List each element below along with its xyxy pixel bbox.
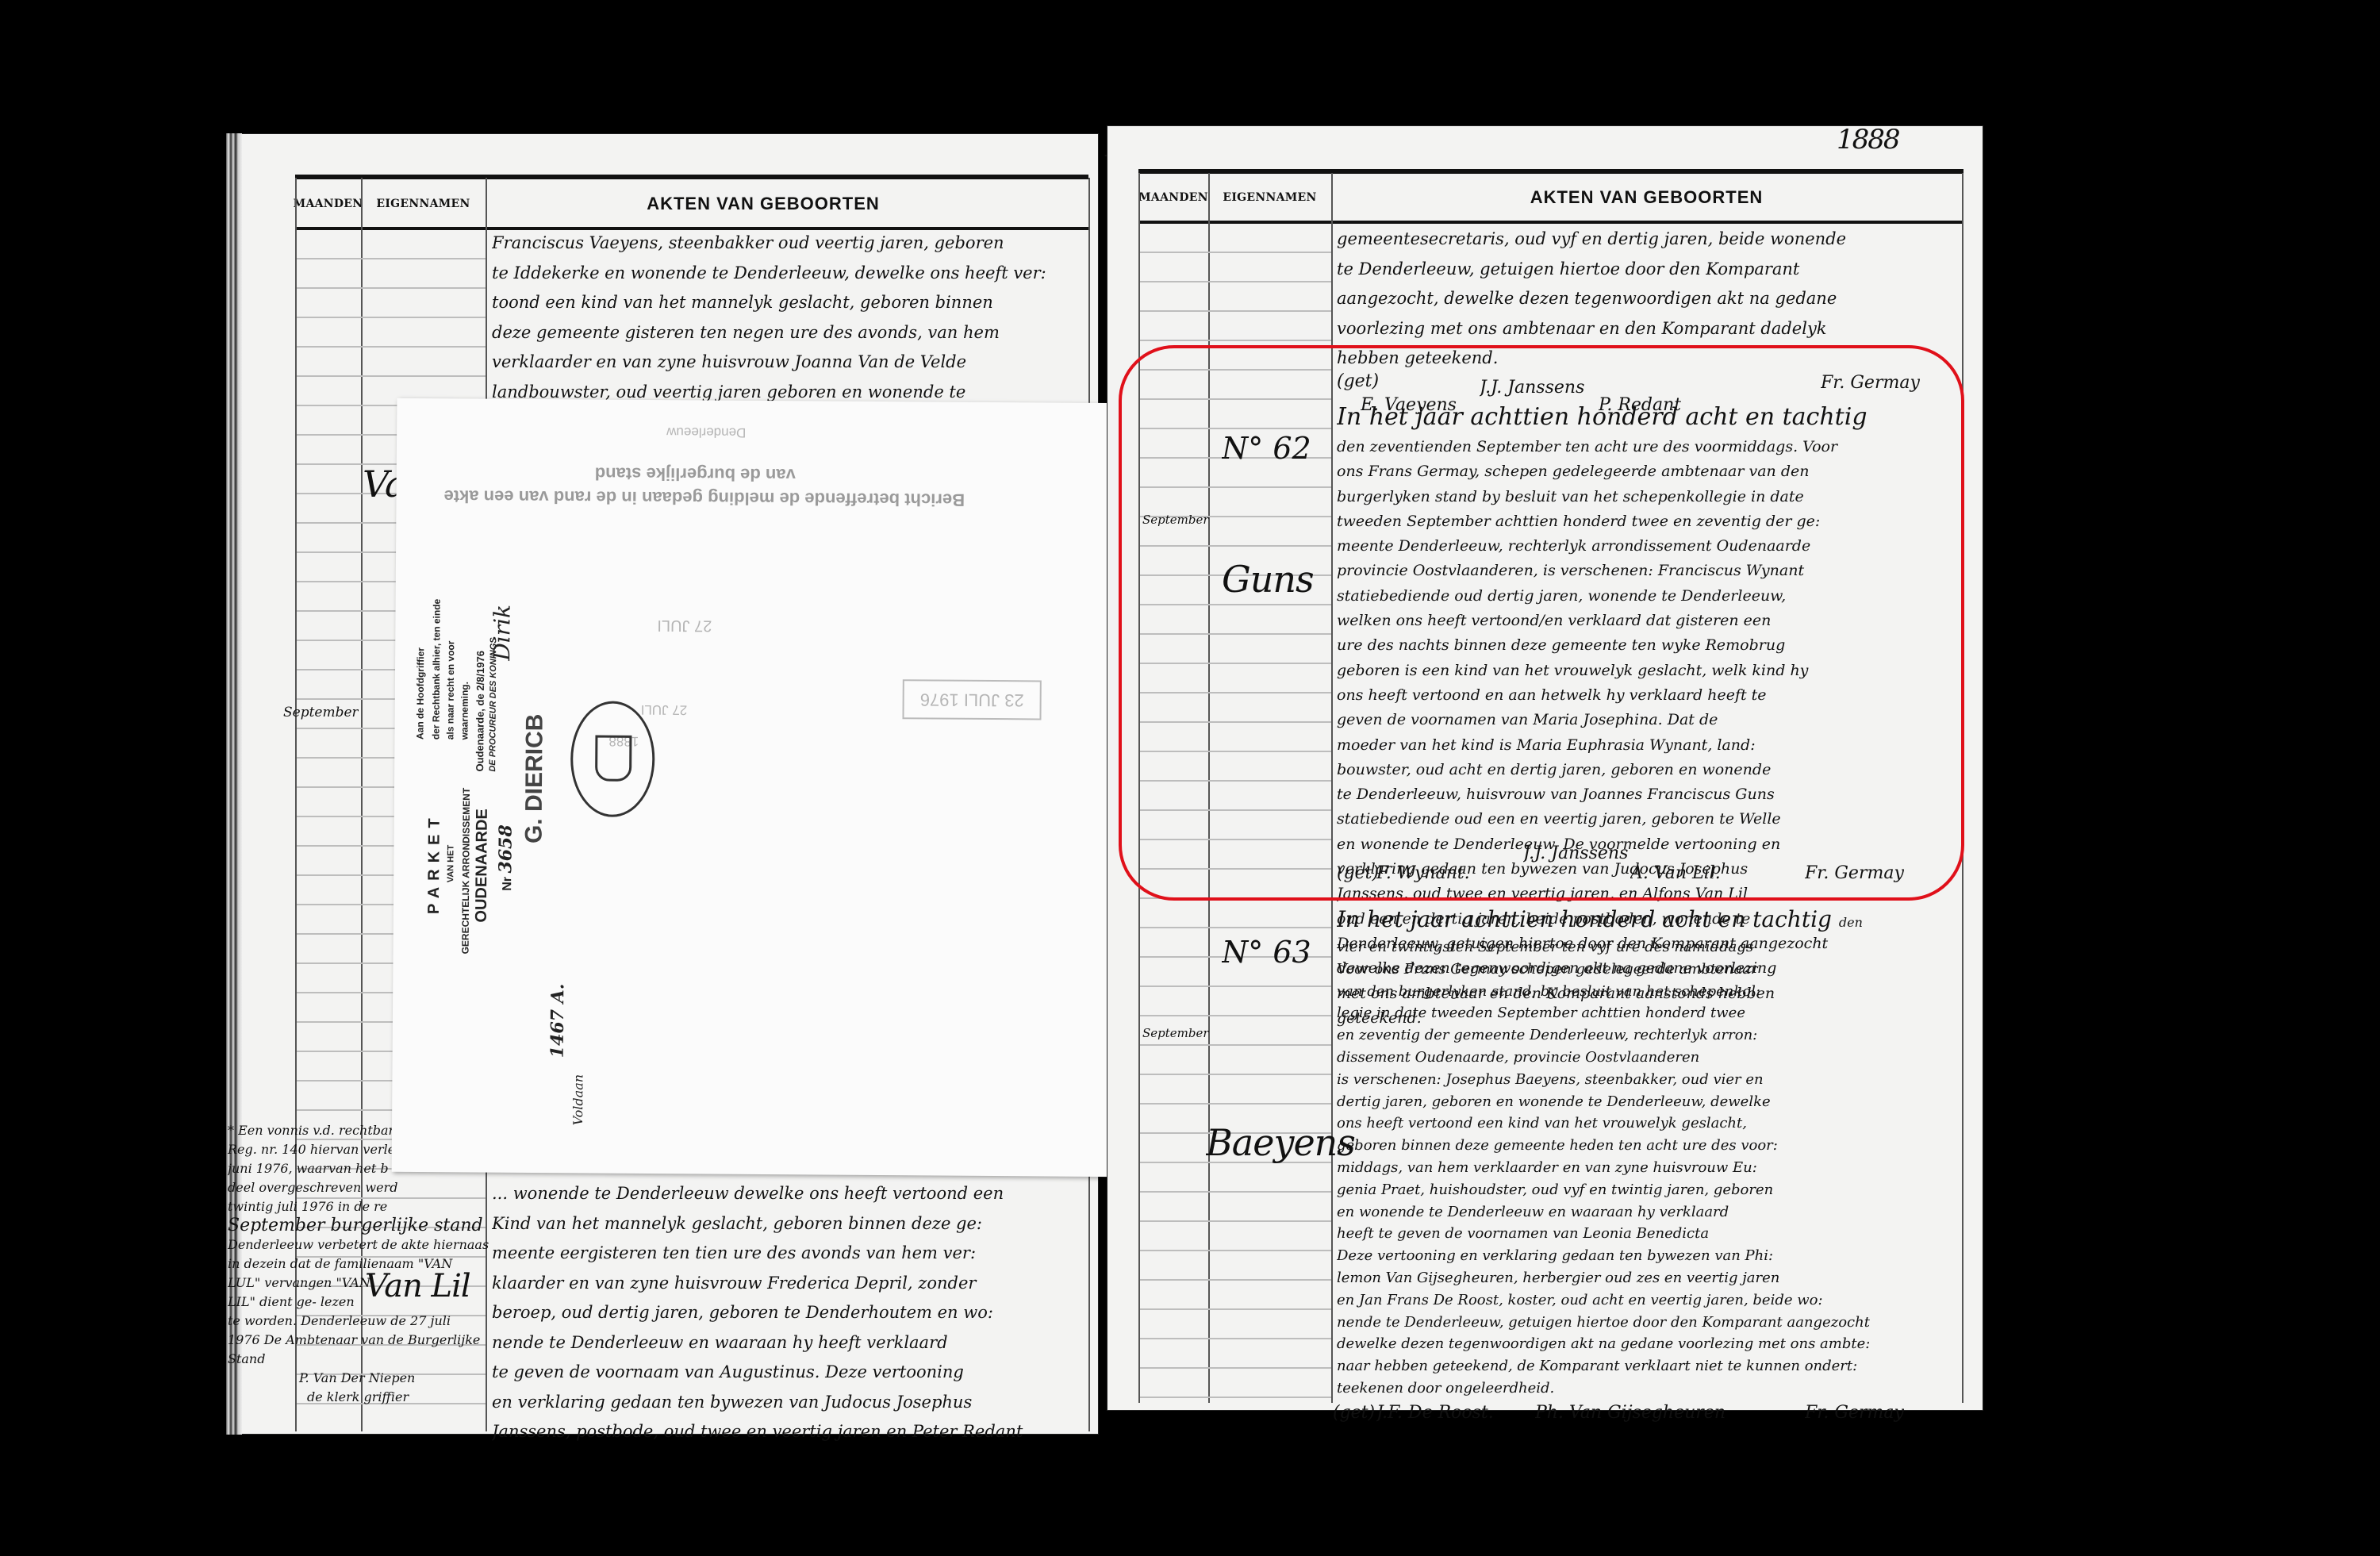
mirrored-subtitle: van de burgerlijke stand: [595, 463, 796, 486]
attached-notice-paper: Bericht betreffende de melding gedaan in…: [392, 398, 1134, 1177]
header-records: AKTEN VAN GEBOORTEN: [1331, 176, 1962, 219]
mirrored-municipality: Denderleeuw: [666, 424, 746, 440]
sig-van-gijsegheuren: Ph. Van Gijsegheuren: [1535, 1403, 1725, 1423]
record-text-van-lil: ... wonende te Denderleeuw dewelke ons h…: [492, 1179, 1087, 1447]
year-mark: 1888: [1837, 124, 1899, 156]
parket-line4: OUDENAARDE: [473, 809, 492, 923]
highlight-box-record-62: [1119, 345, 1964, 901]
header-proper-names: EIGENNAMEN: [1208, 176, 1331, 219]
handwritten-paid-note: Voldaan: [570, 1074, 585, 1126]
header-top-rule: [295, 175, 1088, 179]
sig-get: (get): [1333, 1403, 1375, 1423]
place-date: Oudenaarde, de 2/8/1976: [474, 651, 486, 772]
record-heading-63: In het jaar achttien honderd acht en tac…: [1337, 906, 1863, 932]
header-proper-names: EIGENNAMEN: [361, 182, 486, 225]
mirrored-title: Bericht betreffende de melding gedaan in…: [443, 486, 965, 510]
mirrored-date: 27 JULI: [657, 616, 712, 634]
parket-line2: VAN HET: [446, 845, 455, 883]
official-seal-icon: [570, 701, 655, 817]
parket-line1: PARKET: [425, 812, 444, 914]
mirrored-date-stamp: 23 JULI 1976: [903, 679, 1042, 720]
header-records: AKTEN VAN GEBOORTEN: [486, 182, 1041, 225]
month-label: September: [283, 705, 359, 720]
act-number-63: N° 63: [1222, 935, 1311, 970]
header-months: MAANDEN: [295, 182, 361, 225]
prosecutor-signature: Dirik: [489, 605, 515, 661]
addressee-line1: Aan de Hoofdgriffier: [414, 647, 426, 740]
name-stamp: G. DIERICB: [521, 714, 549, 844]
month-label: September: [1142, 1026, 1209, 1040]
addressee-line4: waarneming.: [459, 682, 470, 740]
sig-germay: Fr. Germay: [1805, 1403, 1904, 1423]
surname-baeyens: Baeyens: [1206, 1121, 1355, 1164]
reference-number: 1467 A.: [547, 983, 569, 1058]
header-months: MAANDEN: [1138, 176, 1208, 219]
sig-de-roost: J.F. De Roost.: [1376, 1403, 1494, 1423]
addressee-line3: als naar recht en voor: [444, 640, 456, 740]
record-text-63: vier en twintigsten September ten vyf ur…: [1337, 936, 1960, 1400]
header-top-rule: [1138, 169, 1963, 174]
parket-number: Nr 3658: [495, 824, 516, 891]
surname-van-lil: Van Lil: [365, 1268, 470, 1304]
addressee-line2: der Rechtbank alhier, ten einde: [430, 599, 442, 740]
mirrored-date-2: 27 JULI: [641, 701, 688, 717]
parket-line3: GERECHTELIJK ARRONDISSEMENT: [460, 788, 472, 955]
